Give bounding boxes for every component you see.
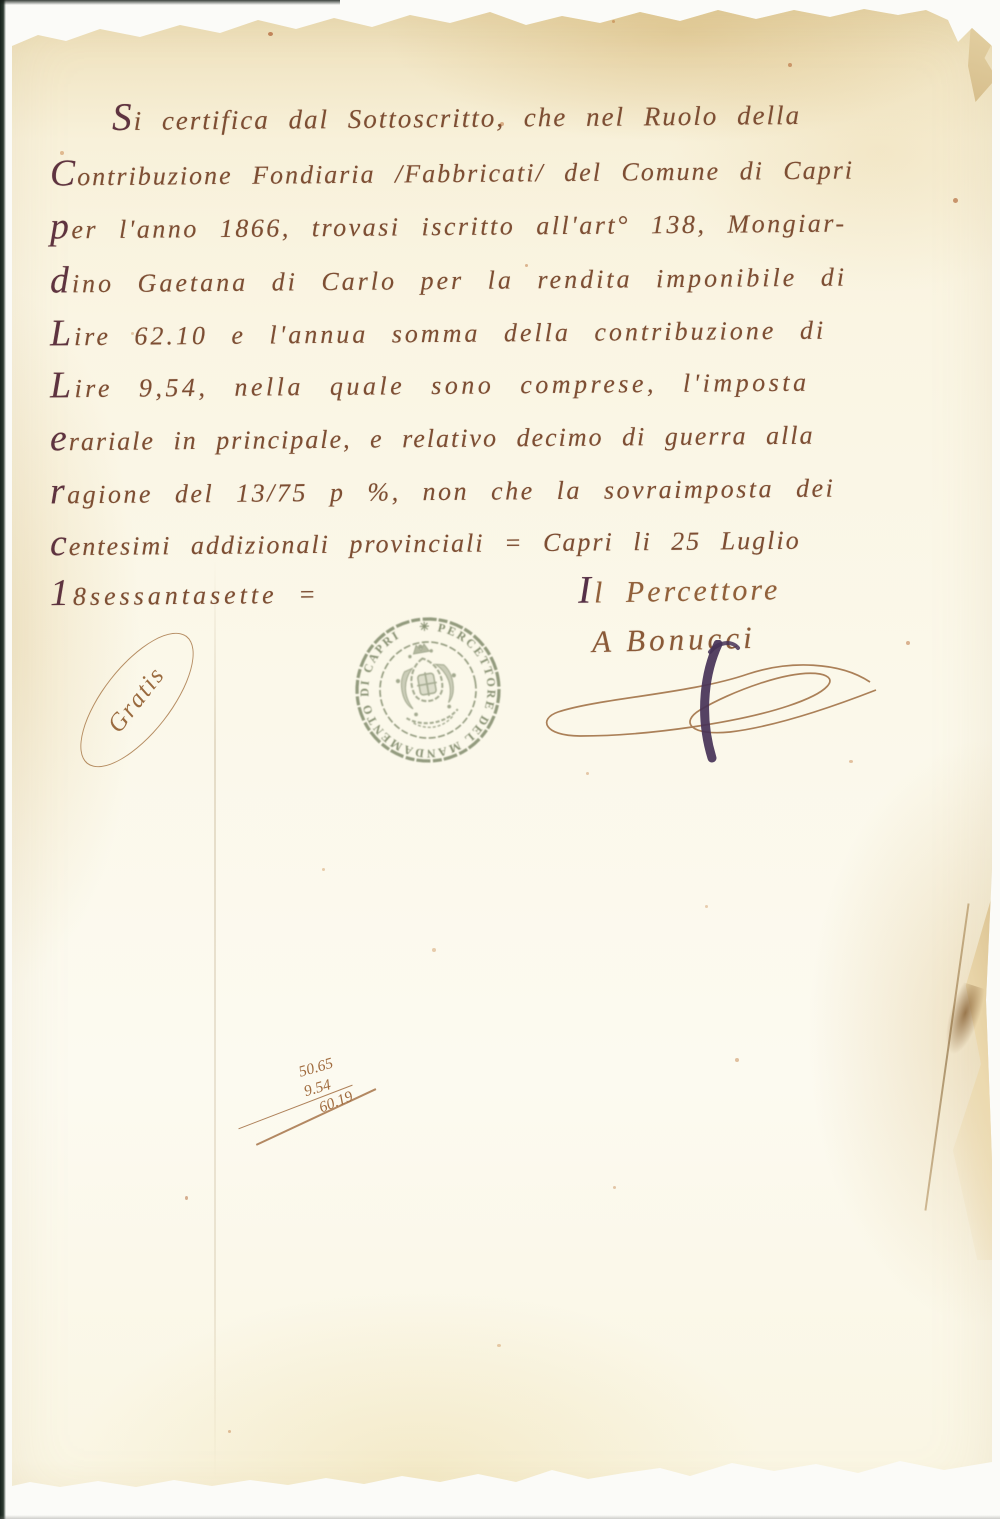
handwritten-line: dino Gaetana di Carlo per la rendita imp… — [50, 252, 847, 303]
gratis-label: Gratis — [103, 661, 172, 738]
foxing-spot — [432, 948, 436, 952]
scan-edge-top — [0, 0, 340, 5]
foxing-spot — [612, 20, 615, 23]
foxing-spot — [60, 151, 64, 155]
foxing-spot — [322, 868, 325, 871]
foxing-spot — [613, 1186, 616, 1189]
foxing-spot — [586, 772, 589, 775]
handwritten-line: Lire 62.10 e l'annua somma della contrib… — [50, 305, 826, 356]
foxing-spot — [705, 905, 708, 908]
foxing-spot — [906, 641, 910, 645]
vertical-crease — [214, 560, 216, 1480]
handwritten-line: 18sessantasette = — [50, 569, 320, 615]
foxing-spot — [500, 122, 504, 126]
scan-edge-left — [0, 0, 6, 1519]
handwritten-line: ragione del 13/75 p %, non che la sovrai… — [50, 463, 836, 514]
gratis-note: Gratis — [60, 615, 213, 785]
handwritten-line: Si certifica dal Sottoscritto, che nel R… — [112, 89, 801, 140]
fold-right-edge — [924, 868, 1000, 1260]
foxing-spot — [131, 332, 134, 335]
signature-flourish — [540, 640, 880, 770]
signature-title: Il Percettore — [578, 564, 781, 613]
scan-edge-bottom — [0, 1515, 1000, 1519]
handwritten-line: centesimi addizionali provinciali = Capr… — [50, 515, 801, 566]
tear-top-right — [968, 22, 998, 102]
foxing-spot — [735, 1058, 739, 1062]
foxing-spot — [497, 1344, 501, 1347]
official-seal: ✳ PERCETTORE DEL MANDAMENTO DI CAPRI — [337, 594, 520, 787]
foxing-spot — [185, 1196, 188, 1200]
handwritten-line: Contribuzione Fondiaria /Fabbricati/ del… — [50, 144, 854, 195]
handwritten-line: Lire 9,54, nella quale sono comprese, l'… — [50, 357, 810, 408]
foxing-spot — [849, 760, 853, 763]
handwritten-line: erariale in principale, e relativo decim… — [50, 410, 815, 461]
foxing-spot — [228, 1430, 231, 1433]
seal-coat-of-arms — [391, 640, 464, 733]
foxing-spot — [525, 264, 528, 267]
sum-note: 50.65 9.54 60.19 — [251, 1050, 360, 1136]
handwritten-line: per l'anno 1866, trovasi iscritto all'ar… — [50, 198, 847, 249]
foxing-spot — [953, 198, 958, 203]
paper-sheet: Si certifica dal Sottoscritto, che nel R… — [0, 0, 1000, 1519]
foxing-spot — [268, 32, 273, 36]
foxing-spot — [788, 63, 792, 67]
